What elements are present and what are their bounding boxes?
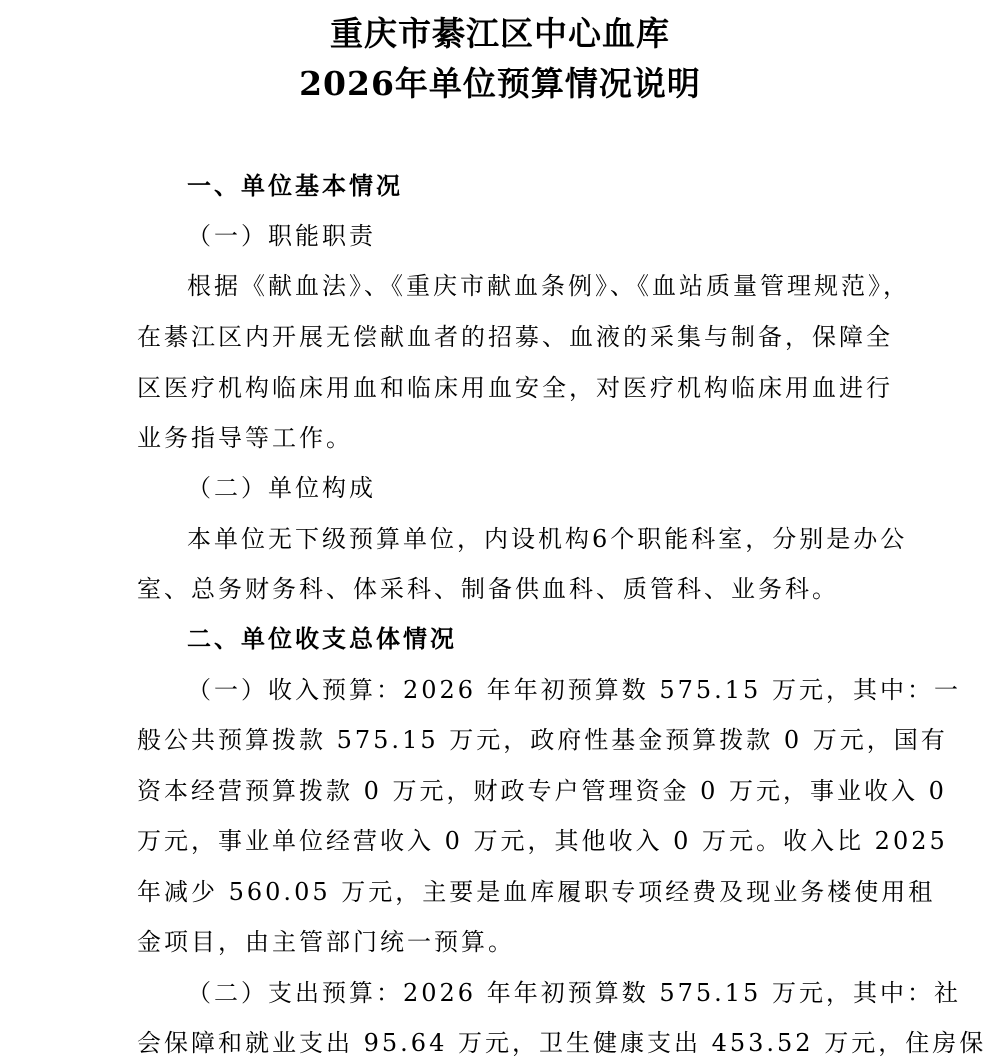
paragraph-line: 会保障和就业支出 95.64 万元，卫生健康支出 453.52 万元，住房保	[137, 1027, 877, 1059]
paragraph-line: 室、总务财务科、体采科、制备供血科、质管科、业务科。	[137, 573, 877, 605]
paragraph-line: （一）收入预算：2026 年年初预算数 575.15 万元，其中：一	[187, 674, 877, 706]
document-title-line2: 2026年单位预算情况说明	[0, 58, 1000, 105]
paragraph-line: 区医疗机构临床用血和临床用血安全，对医疗机构临床用血进行	[137, 372, 877, 404]
paragraph-line: 本单位无下级预算单位，内设机构6个职能科室，分别是办公	[187, 523, 877, 555]
subsection-heading: （二）单位构成	[187, 472, 877, 504]
paragraph-line: 业务指导等工作。	[137, 422, 877, 454]
section-heading: 一、单位基本情况	[187, 170, 877, 202]
document-title-line1: 重庆市綦江区中心血库	[0, 8, 1000, 55]
paragraph-line: 万元，事业单位经营收入 0 万元，其他收入 0 万元。收入比 2025	[137, 825, 877, 857]
paragraph-line: 年减少 560.05 万元，主要是血库履职专项经费及现业务楼使用租	[137, 876, 877, 908]
paragraph-line: 般公共预算拨款 575.15 万元，政府性基金预算拨款 0 万元，国有	[137, 724, 877, 756]
paragraph-line: （二）支出预算：2026 年年初预算数 575.15 万元，其中：社	[187, 977, 877, 1009]
paragraph-line: 在綦江区内开展无偿献血者的招募、血液的采集与制备，保障全	[137, 321, 877, 353]
subsection-heading: （一）职能职责	[187, 220, 877, 252]
paragraph-line: 金项目，由主管部门统一预算。	[137, 926, 877, 958]
paragraph-line: 根据《献血法》、《重庆市献血条例》、《血站质量管理规范》，	[187, 270, 877, 302]
paragraph-line: 资本经营预算拨款 0 万元，财政专户管理资金 0 万元，事业收入 0	[137, 775, 877, 807]
section-heading: 二、单位收支总体情况	[187, 623, 877, 655]
